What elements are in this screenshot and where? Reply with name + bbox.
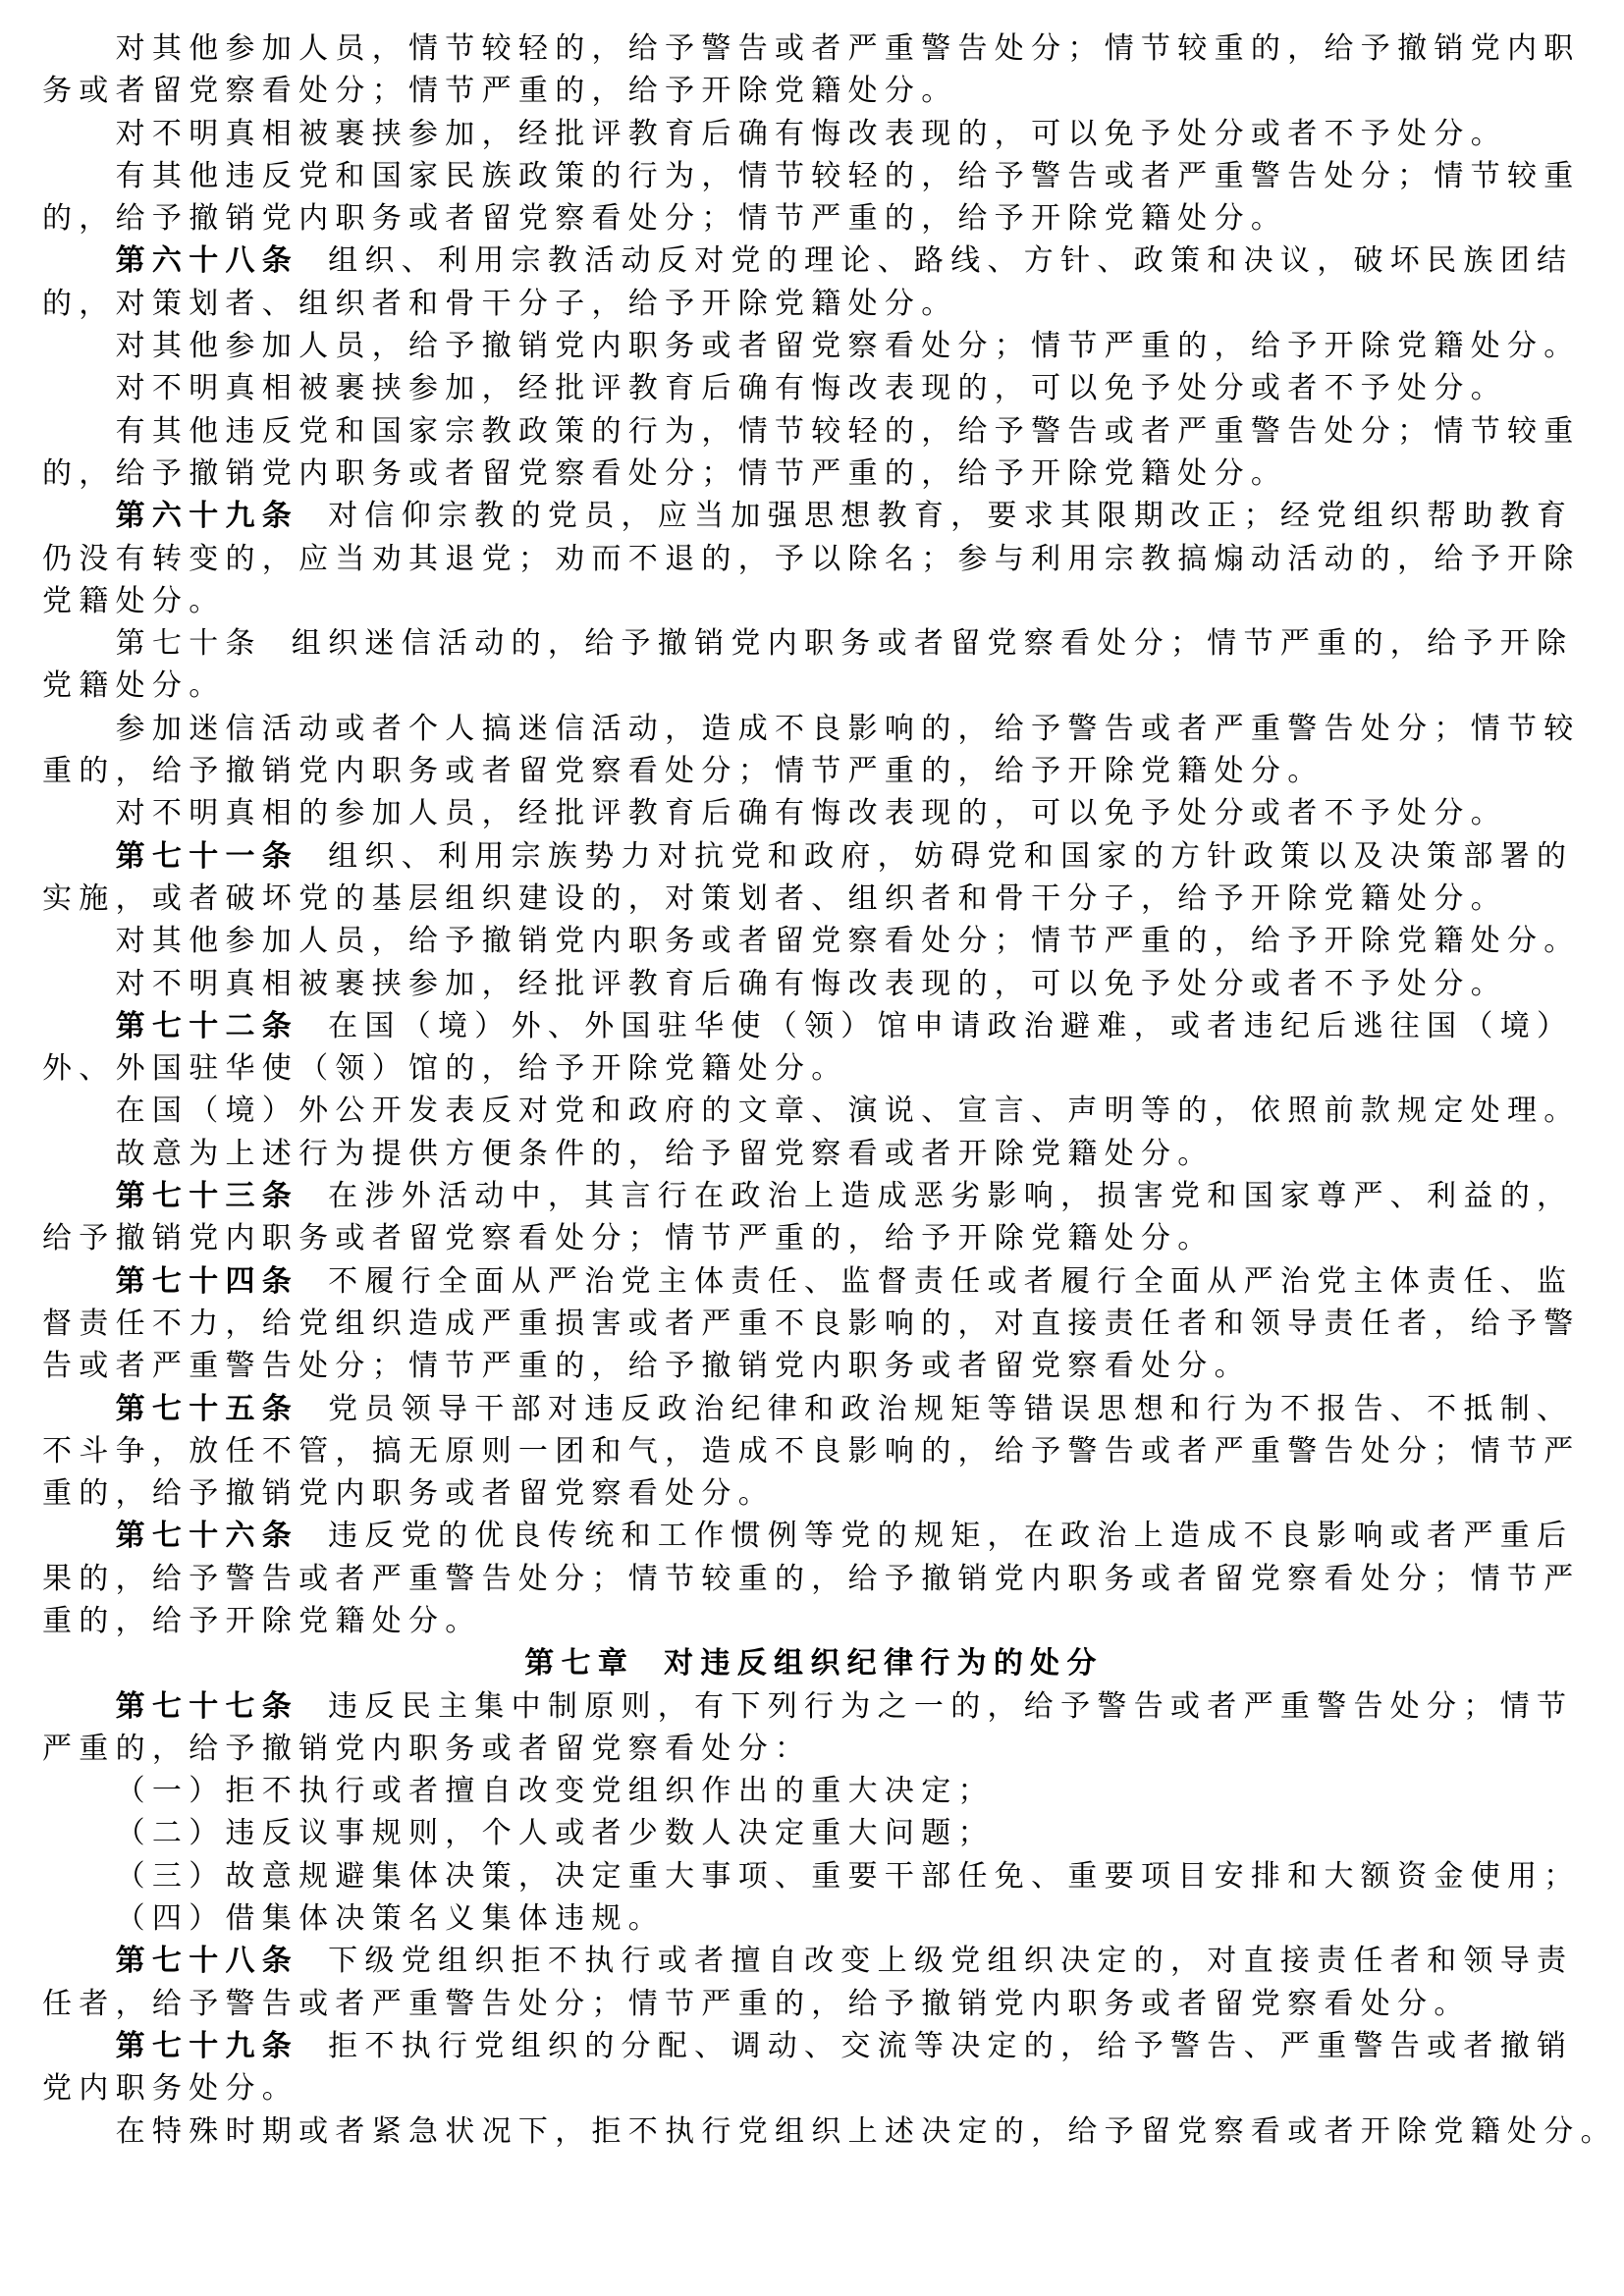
text-line: 重的，给予撤销党内职务或者留党察看处分。 <box>42 1472 1586 1515</box>
text-line: 第七十二条在国（境）外、外国驻华使（领）馆申请政治避难，或者违纪后逃往国（境） <box>42 1005 1586 1047</box>
text-line: 对不明真相的参加人员，经批评教育后确有悔改表现的，可以免予处分或者不予处分。 <box>42 792 1586 834</box>
text-line: 给予撤销党内职务或者留党察看处分；情节严重的，给予开除党籍处分。 <box>42 1217 1586 1259</box>
text-line: 严重的，给予撤销党内职务或者留党察看处分： <box>42 1728 1586 1770</box>
line-text: 组织迷信活动的，给予撤销党内职务或者留党察看处分；情节严重的，给予开除 <box>292 627 1574 660</box>
line-text: 仍没有转变的，应当劝其退党；劝而不退的，予以除名；参与利用宗教搞煽动活动的，给予… <box>42 543 1581 575</box>
article-number: 第六十八条 <box>116 244 299 277</box>
text-line: 参加迷信活动或者个人搞迷信活动，造成不良影响的，给予警告或者严重警告处分；情节较 <box>42 708 1586 750</box>
article-number: 第七十九条 <box>116 2030 299 2062</box>
text-line: 第七十七条违反民主集中制原则，有下列行为之一的，给予警告或者严重警告处分；情节 <box>42 1685 1586 1728</box>
text-line: 督责任不力，给党组织造成严重损害或者严重不良影响的，对直接责任者和领导责任者，给… <box>42 1303 1586 1345</box>
line-text: 督责任不力，给党组织造成严重损害或者严重不良影响的，对直接责任者和领导责任者，给… <box>42 1308 1581 1340</box>
line-text: 重的，给予开除党籍处分。 <box>42 1605 482 1637</box>
article-number: 第七十五条 <box>116 1393 299 1425</box>
text-line: 党籍处分。 <box>42 580 1586 622</box>
chapter-heading: 第七章对违反组织纪律行为的处分 <box>42 1642 1586 1684</box>
line-text: 违反民主集中制原则，有下列行为之一的，给予警告或者严重警告处分；情节 <box>328 1690 1573 1723</box>
line-text: 的，给予撤销党内职务或者留党察看处分；情节严重的，给予开除党籍处分。 <box>42 457 1287 490</box>
text-line: 对其他参加人员，情节较轻的，给予警告或者严重警告处分；情节较重的，给予撤销党内职 <box>42 27 1586 70</box>
line-text: 对其他参加人员，情节较轻的，给予警告或者严重警告处分；情节较重的，给予撤销党内职 <box>116 32 1581 65</box>
line-text: 对其他参加人员，给予撤销党内职务或者留党察看处分；情节严重的，给予开除党籍处分。 <box>116 925 1581 957</box>
line-text: （四）借集体决策名义集体违规。 <box>116 1902 666 1935</box>
text-line: 重的，给予撤销党内职务或者留党察看处分；情节严重的，给予开除党籍处分。 <box>42 750 1586 792</box>
line-text: 对不明真相被裹挟参加，经批评教育后确有悔改表现的，可以免予处分或者不予处分。 <box>116 372 1507 404</box>
article-number: 第七十四条 <box>116 1265 299 1298</box>
article-number: 第六十九条 <box>116 500 299 532</box>
article-number: 第七十一条 <box>116 840 299 873</box>
line-text: 告或者严重警告处分；情节严重的，给予撤销党内职务或者留党察看处分。 <box>42 1350 1251 1382</box>
text-line: 对不明真相被裹挟参加，经批评教育后确有悔改表现的，可以免予处分或者不予处分。 <box>42 367 1586 409</box>
line-text: 党籍处分。 <box>42 585 226 617</box>
text-line: 任者，给予警告或者严重警告处分；情节严重的，给予撤销党内职务或者留党察看处分。 <box>42 1983 1586 2025</box>
text-line: 的，给予撤销党内职务或者留党察看处分；情节严重的，给予开除党籍处分。 <box>42 453 1586 495</box>
line-text: 在特殊时期或者紧急状况下，拒不执行党组织上述决定的，给予留党察看或者开除党籍处分… <box>116 2115 1617 2148</box>
text-line: 在国（境）外公开发表反对党和政府的文章、演说、宣言、声明等的，依照前款规定处理。 <box>42 1090 1586 1132</box>
line-text: 组织、利用宗族势力对抗党和政府，妨碍党和国家的方针政策以及决策部署的 <box>328 840 1573 873</box>
text-line: 有其他违反党和国家宗教政策的行为，情节较轻的，给予警告或者严重警告处分；情节较重 <box>42 410 1586 453</box>
line-text: 果的，给予警告或者严重警告处分；情节较重的，给予撤销党内职务或者留党察看处分；情… <box>42 1563 1581 1595</box>
line-text: 党内职务处分。 <box>42 2072 298 2105</box>
text-line: （四）借集体决策名义集体违规。 <box>42 1897 1586 1940</box>
line-text: 组织、利用宗教活动反对党的理论、路线、方针、政策和决议，破坏民族团结 <box>328 244 1573 277</box>
line-text: 对其他参加人员，给予撤销党内职务或者留党察看处分；情节严重的，给予开除党籍处分。 <box>116 330 1581 362</box>
line-text: 务或者留党察看处分；情节严重的，给予开除党籍处分。 <box>42 75 958 107</box>
line-text: 党籍处分。 <box>42 669 226 702</box>
line-text: 党员领导干部对违反政治纪律和政治规矩等错误思想和行为不报告、不抵制、 <box>328 1393 1573 1425</box>
text-line: 第七十六条违反党的优良传统和工作惯例等党的规矩，在政治上造成不良影响或者严重后 <box>42 1515 1586 1557</box>
text-line: 仍没有转变的，应当劝其退党；劝而不退的，予以除名；参与利用宗教搞煽动活动的，给予… <box>42 538 1586 580</box>
line-text: 拒不执行党组织的分配、调动、交流等决定的，给予警告、严重警告或者撤销 <box>328 2030 1573 2062</box>
line-text: 不斗争，放任不管，搞无原则一团和气，造成不良影响的，给予警告或者严重警告处分；情… <box>42 1435 1581 1468</box>
article-number: 第七十八条 <box>116 1945 299 1977</box>
text-line: 第七十一条组织、利用宗族势力对抗党和政府，妨碍党和国家的方针政策以及决策部署的 <box>42 835 1586 878</box>
text-line: 实施，或者破坏党的基层组织建设的，对策划者、组织者和骨干分子，给予开除党籍处分。 <box>42 878 1586 920</box>
text-line: 对不明真相被裹挟参加，经批评教育后确有悔改表现的，可以免予处分或者不予处分。 <box>42 113 1586 155</box>
line-text: 的，给予撤销党内职务或者留党察看处分；情节严重的，给予开除党籍处分。 <box>42 202 1287 235</box>
text-line: 第七十八条下级党组织拒不执行或者擅自改变上级党组织决定的，对直接责任者和领导责 <box>42 1940 1586 1982</box>
line-text: 在国（境）外公开发表反对党和政府的文章、演说、宣言、声明等的，依照前款规定处理。 <box>116 1095 1581 1127</box>
text-line: 第六十八条组织、利用宗教活动反对党的理论、路线、方针、政策和决议，破坏民族团结 <box>42 240 1586 282</box>
text-line: 不斗争，放任不管，搞无原则一团和气，造成不良影响的，给予警告或者严重警告处分；情… <box>42 1430 1586 1472</box>
line-text: 重的，给予撤销党内职务或者留党察看处分。 <box>42 1477 775 1510</box>
line-text: （三）故意规避集体决策，决定重大事项、重要干部任免、重要项目安排和大额资金使用； <box>116 1860 1581 1893</box>
text-line: 的，给予撤销党内职务或者留党察看处分；情节严重的，给予开除党籍处分。 <box>42 197 1586 240</box>
line-text: 在国（境）外、外国驻华使（领）馆申请政治避难，或者违纪后逃往国（境） <box>328 1010 1573 1042</box>
line-text: 在涉外活动中，其言行在政治上造成恶劣影响，损害党和国家尊严、利益的， <box>328 1180 1573 1212</box>
article-number: 第七十条 <box>116 627 262 660</box>
line-text: 参加迷信活动或者个人搞迷信活动，造成不良影响的，给予警告或者严重警告处分；情节较 <box>116 713 1581 745</box>
text-line: 第七十条组织迷信活动的，给予撤销党内职务或者留党察看处分；情节严重的，给予开除 <box>42 622 1586 665</box>
line-text: 故意为上述行为提供方便条件的，给予留党察看或者开除党籍处分。 <box>116 1138 1215 1170</box>
line-text: 的，对策划者、组织者和骨干分子，给予开除党籍处分。 <box>42 288 958 320</box>
chapter-number: 第七章 <box>524 1647 634 1680</box>
line-text: 下级党组织拒不执行或者擅自改变上级党组织决定的，对直接责任者和领导责 <box>328 1945 1573 1977</box>
line-text: （二）违反议事规则，个人或者少数人决定重大问题； <box>116 1817 995 1849</box>
article-number: 第七十六条 <box>116 1520 299 1552</box>
line-text: 对不明真相被裹挟参加，经批评教育后确有悔改表现的，可以免予处分或者不予处分。 <box>116 968 1507 1000</box>
document-page: 对其他参加人员，情节较轻的，给予警告或者严重警告处分；情节较重的，给予撤销党内职… <box>0 0 1624 2296</box>
text-line: 外、外国驻华使（领）馆的，给予开除党籍处分。 <box>42 1047 1586 1090</box>
line-text: 对不明真相的参加人员，经批评教育后确有悔改表现的，可以免予处分或者不予处分。 <box>116 797 1507 829</box>
text-line: 对不明真相被裹挟参加，经批评教育后确有悔改表现的，可以免予处分或者不予处分。 <box>42 963 1586 1005</box>
text-line: 党内职务处分。 <box>42 2067 1586 2109</box>
line-text: 有其他违反党和国家民族政策的行为，情节较轻的，给予警告或者严重警告处分；情节较重 <box>116 160 1581 192</box>
article-number: 第七十七条 <box>116 1690 299 1723</box>
text-line: 对其他参加人员，给予撤销党内职务或者留党察看处分；情节严重的，给予开除党籍处分。 <box>42 325 1586 367</box>
line-text: 有其他违反党和国家宗教政策的行为，情节较轻的，给予警告或者严重警告处分；情节较重 <box>116 415 1581 448</box>
text-line: 第七十九条拒不执行党组织的分配、调动、交流等决定的，给予警告、严重警告或者撤销 <box>42 2025 1586 2067</box>
text-line: （三）故意规避集体决策，决定重大事项、重要干部任免、重要项目安排和大额资金使用； <box>42 1855 1586 1897</box>
line-text: 违反党的优良传统和工作惯例等党的规矩，在政治上造成不良影响或者严重后 <box>328 1520 1573 1552</box>
text-line: 故意为上述行为提供方便条件的，给予留党察看或者开除党籍处分。 <box>42 1133 1586 1175</box>
text-line: 果的，给予警告或者严重警告处分；情节较重的，给予撤销党内职务或者留党察看处分；情… <box>42 1558 1586 1600</box>
line-text: （一）拒不执行或者擅自改变党组织作出的重大决定； <box>116 1775 995 1807</box>
line-text: 给予撤销党内职务或者留党察看处分；情节严重的，给予开除党籍处分。 <box>42 1222 1215 1255</box>
article-number: 第七十三条 <box>116 1180 299 1212</box>
text-line: 第七十五条党员领导干部对违反政治纪律和政治规矩等错误思想和行为不报告、不抵制、 <box>42 1388 1586 1430</box>
text-line: 党籍处分。 <box>42 665 1586 707</box>
line-text: 实施，或者破坏党的基层组织建设的，对策划者、组织者和骨干分子，给予开除党籍处分。 <box>42 882 1507 915</box>
text-line: 在特殊时期或者紧急状况下，拒不执行党组织上述决定的，给予留党察看或者开除党籍处分… <box>42 2110 1586 2153</box>
text-line: 对其他参加人员，给予撤销党内职务或者留党察看处分；情节严重的，给予开除党籍处分。 <box>42 920 1586 962</box>
line-text: 重的，给予撤销党内职务或者留党察看处分；情节严重的，给予开除党籍处分。 <box>42 755 1325 787</box>
line-text: 对不明真相被裹挟参加，经批评教育后确有悔改表现的，可以免予处分或者不予处分。 <box>116 118 1507 150</box>
line-text: 任者，给予警告或者严重警告处分；情节严重的，给予撤销党内职务或者留党察看处分。 <box>42 1988 1471 2020</box>
text-line: 的，对策划者、组织者和骨干分子，给予开除党籍处分。 <box>42 283 1586 325</box>
line-text: 对违反组织纪律行为的处分 <box>664 1647 1104 1680</box>
text-line: 重的，给予开除党籍处分。 <box>42 1600 1586 1642</box>
line-text: 严重的，给予撤销党内职务或者留党察看处分： <box>42 1733 811 1765</box>
text-line: 有其他违反党和国家民族政策的行为，情节较轻的，给予警告或者严重警告处分；情节较重 <box>42 155 1586 197</box>
text-line: 第七十四条不履行全面从严治党主体责任、监督责任或者履行全面从严治党主体责任、监 <box>42 1260 1586 1303</box>
text-line: （一）拒不执行或者擅自改变党组织作出的重大决定； <box>42 1770 1586 1812</box>
line-text: 外、外国驻华使（领）馆的，给予开除党籍处分。 <box>42 1052 848 1085</box>
text-block: 对其他参加人员，情节较轻的，给予警告或者严重警告处分；情节较重的，给予撤销党内职… <box>42 27 1586 2153</box>
text-line: 第七十三条在涉外活动中，其言行在政治上造成恶劣影响，损害党和国家尊严、利益的， <box>42 1175 1586 1217</box>
text-line: 告或者严重警告处分；情节严重的，给予撤销党内职务或者留党察看处分。 <box>42 1345 1586 1387</box>
line-text: 对信仰宗教的党员，应当加强思想教育，要求其限期改正；经党组织帮助教育 <box>328 500 1573 532</box>
text-line: （二）违反议事规则，个人或者少数人决定重大问题； <box>42 1812 1586 1854</box>
line-text: 不履行全面从严治党主体责任、监督责任或者履行全面从严治党主体责任、监 <box>328 1265 1573 1298</box>
text-line: 务或者留党察看处分；情节严重的，给予开除党籍处分。 <box>42 70 1586 112</box>
article-number: 第七十二条 <box>116 1010 299 1042</box>
text-line: 第六十九条对信仰宗教的党员，应当加强思想教育，要求其限期改正；经党组织帮助教育 <box>42 495 1586 537</box>
